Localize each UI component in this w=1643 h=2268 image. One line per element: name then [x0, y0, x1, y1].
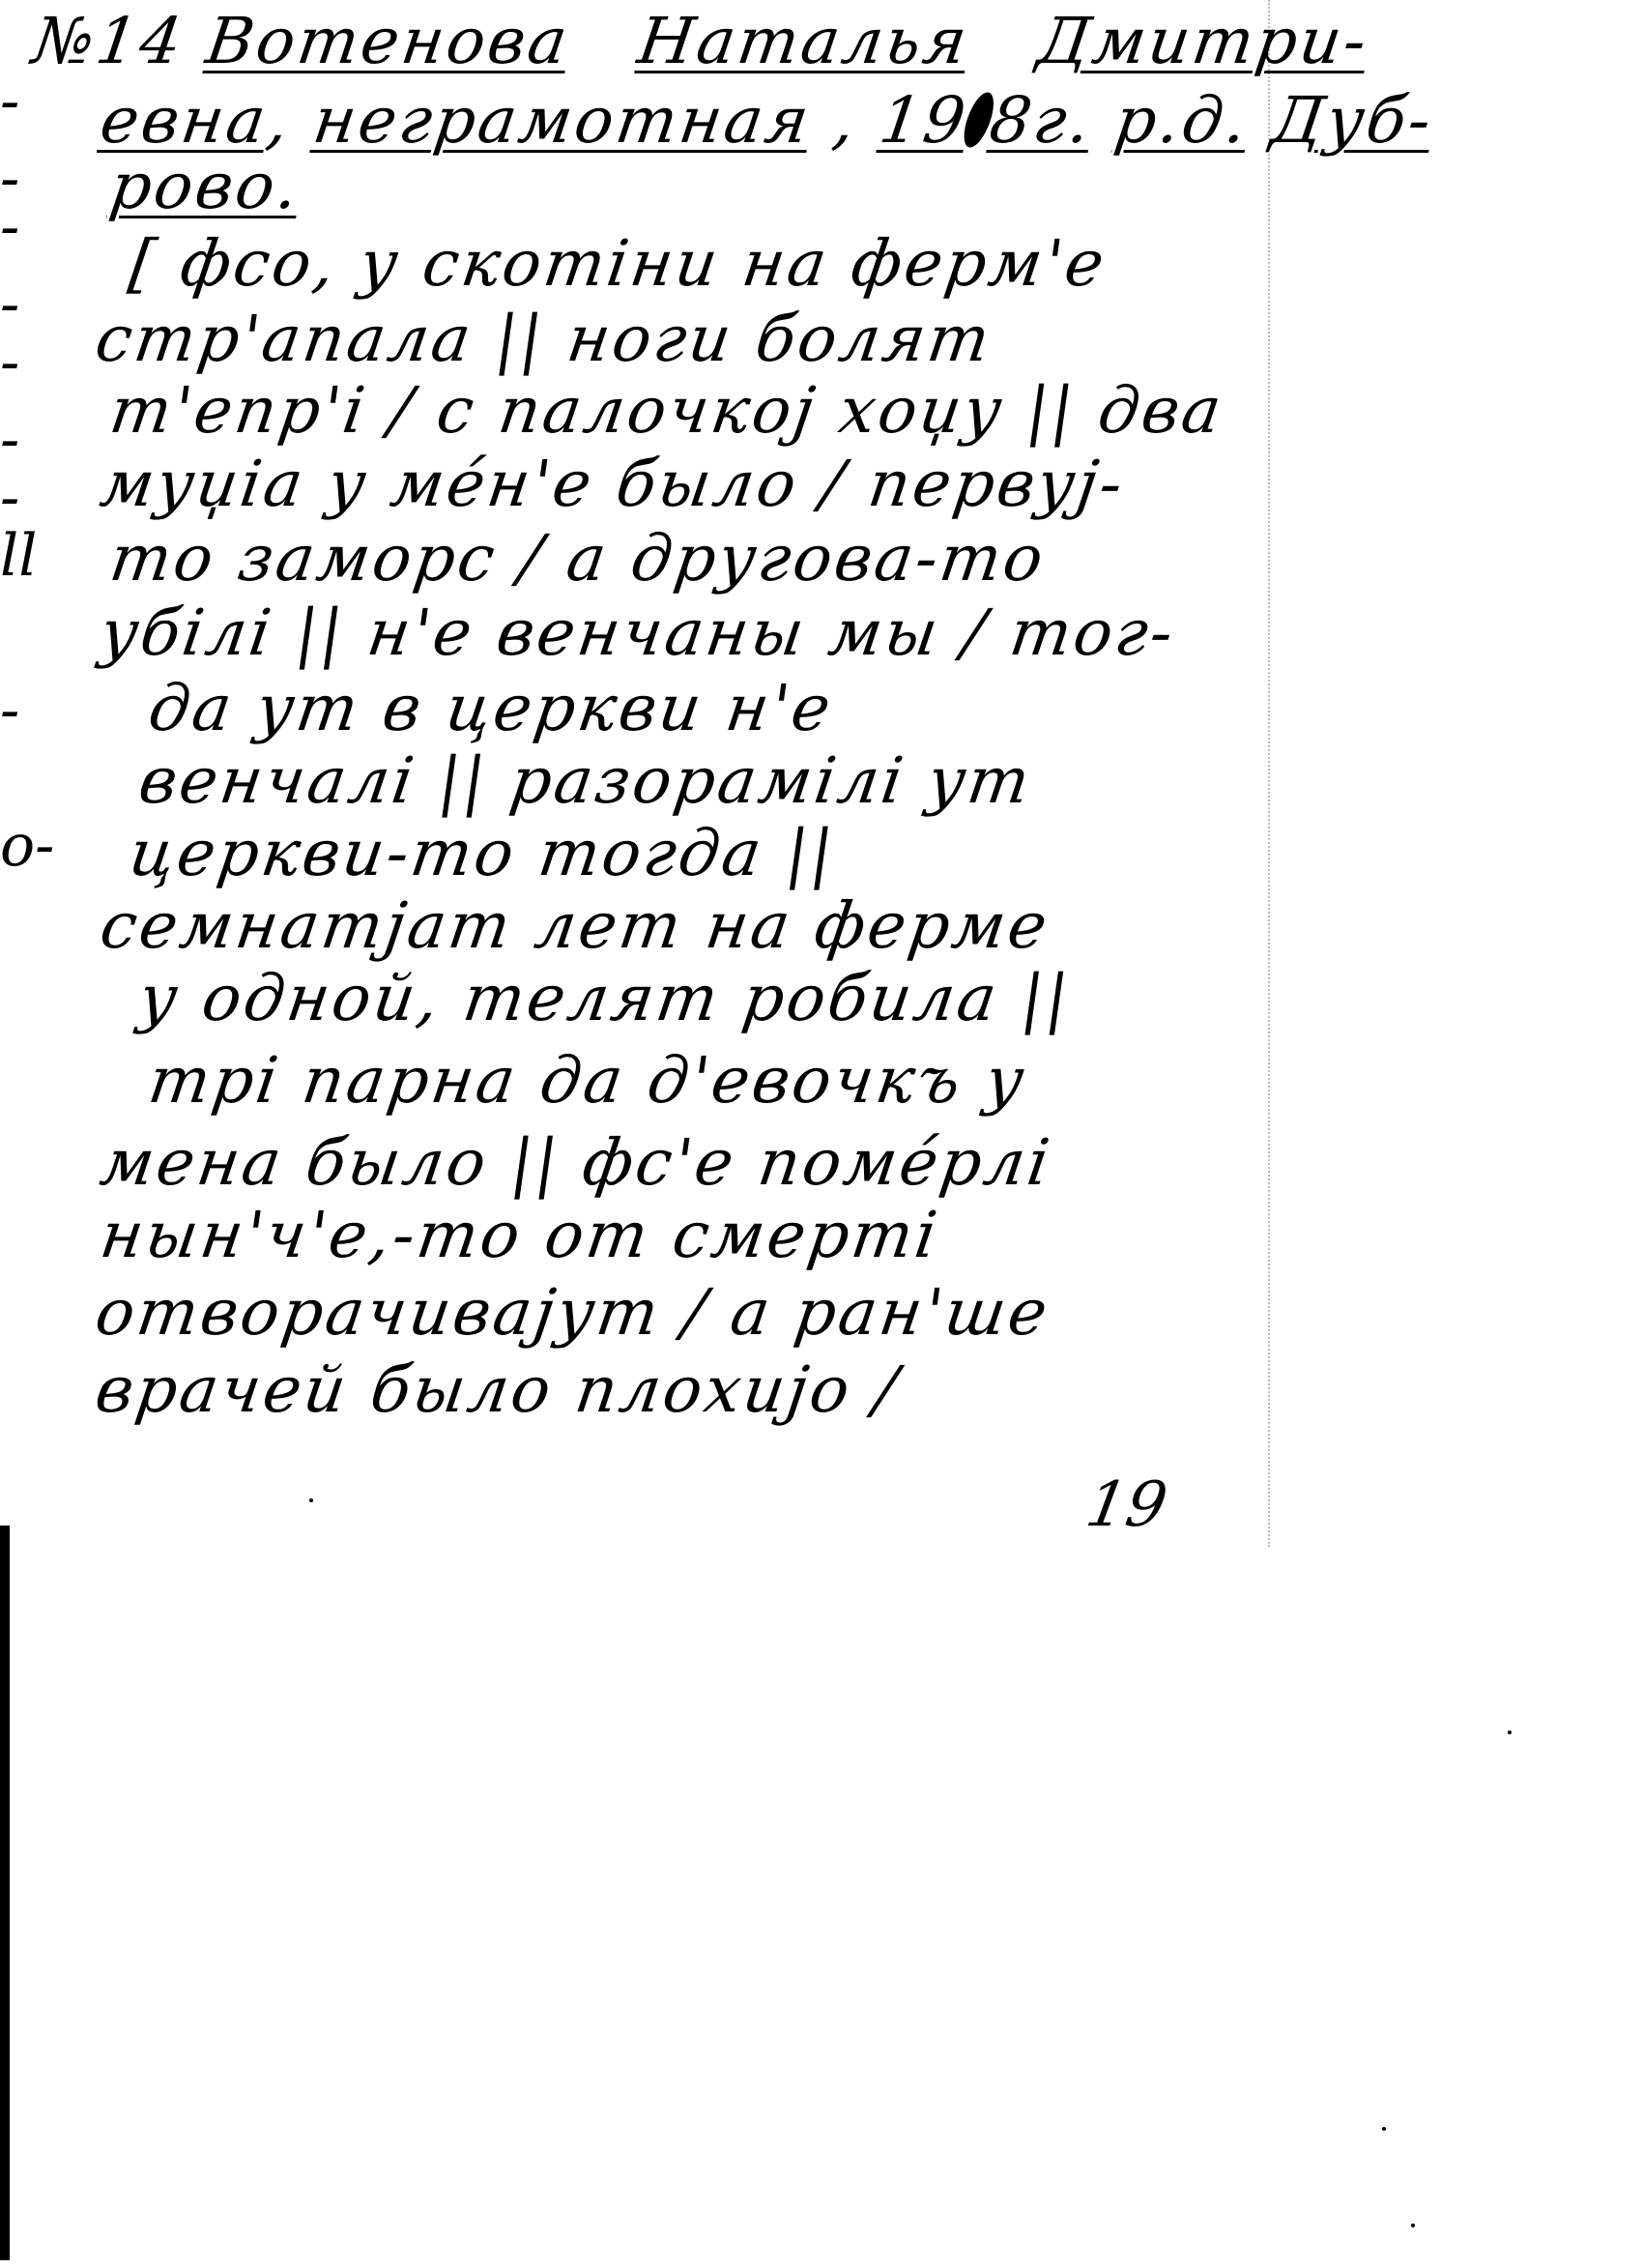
margin-mark: -: [0, 68, 19, 135]
body-line: [ фсо, у скотіни на ферм'е: [126, 232, 1110, 296]
scan-speck: [1508, 1730, 1512, 1734]
scan-edge-bar: [0, 1526, 10, 2260]
body-line: у одной, телят робила ||: [135, 967, 1075, 1031]
body-line: трі парна да д'евочкъ у: [145, 1049, 1030, 1113]
birth-year: 198г.: [876, 83, 1098, 158]
scan-speck: [1382, 2127, 1386, 2131]
body-line: да ут в церкви н'е: [145, 677, 837, 741]
margin-mark: -: [0, 329, 19, 396]
patronymic-end: евна: [96, 83, 273, 158]
margin-mark: ll: [0, 522, 37, 590]
literacy-status: неграмотная: [309, 83, 817, 158]
body-line: церкви-то тогда ||: [126, 822, 840, 886]
margin-mark: -: [0, 677, 19, 744]
body-line: венчалі || разорамілі ут: [135, 749, 1036, 813]
body-line: отворачиваjут / а ран'ше: [92, 1281, 1053, 1345]
body-line: муџіа у ме́н'е было / первуј-: [97, 452, 1129, 516]
first-name: Наталья: [634, 4, 974, 78]
patronymic-start: Дмитри-: [1033, 4, 1373, 78]
surname: Вотенова: [202, 4, 575, 78]
birthplace-end: рово.: [105, 149, 305, 223]
body-line: врачей было плохијо /: [92, 1358, 904, 1422]
body-line: стр'апала || ноги болят: [92, 307, 996, 371]
birth-year-start: 19: [876, 83, 973, 158]
scan-speck: [1411, 2224, 1415, 2227]
page-fold-line: [1268, 0, 1270, 1547]
body-line: убілі || н'е венчаны мы / тог-: [97, 601, 1179, 665]
body-line: т'епр'і / с палочкој хоџу || два: [106, 379, 1227, 443]
header-line-1: №14 Вотенова Наталья Дмитри-: [29, 10, 1372, 73]
scan-speck: [309, 1498, 313, 1502]
birthplace-start: Дуб-: [1267, 83, 1438, 158]
header-line-3: рово.: [106, 155, 304, 218]
body-line: семнатјат лет на ферме: [97, 894, 1053, 958]
birthplace-prefix: р.д.: [1110, 83, 1254, 158]
body-line: мена было || фс'е поме́рлі: [97, 1131, 1055, 1195]
body-line: нын'ч'е,-то от смерті: [97, 1204, 943, 1267]
margin-mark: -: [0, 193, 19, 261]
page-number: 19: [1081, 1469, 1171, 1541]
record-number: №14: [28, 4, 188, 78]
body-line: то заморс / а другова-то: [106, 527, 1050, 591]
header-line-2: евна, неграмотная , 198г. р.д. Дуб-: [97, 89, 1437, 153]
scanned-page: №14 Вотенова Наталья Дмитри- евна, негра…: [0, 0, 1643, 2268]
margin-mark: о-: [0, 812, 54, 880]
birth-year-end: 8г.: [986, 83, 1098, 158]
